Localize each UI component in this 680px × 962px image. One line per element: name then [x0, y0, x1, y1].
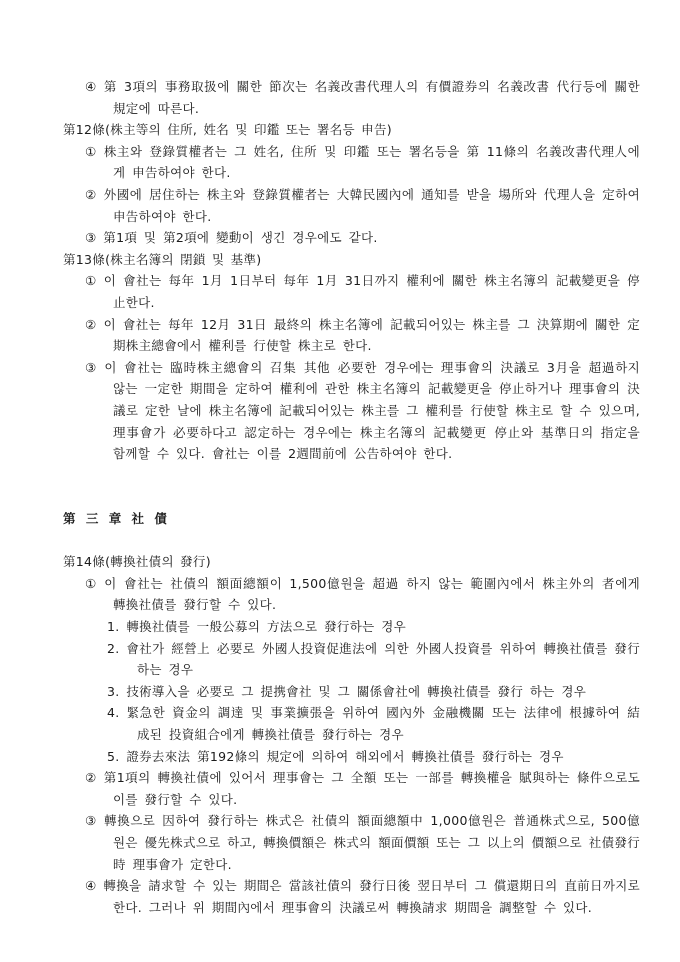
article-heading: 第12條(株主等의 住所, 姓名 및 印鑑 또는 署名등 申告)	[63, 119, 640, 141]
clause-text: 轉換社債를 一般公募의 方法으로 發行하는 경우	[126, 619, 406, 634]
sub-clause-item: 3. 技術導入을 必要로 그 提携會社 및 그 關係會社에 轉換社債를 發行 하…	[63, 681, 640, 703]
item-marker: ③	[85, 230, 97, 245]
clause-text: 第13條(株主名簿의 閉鎖 및 基準)	[63, 252, 261, 267]
document-body: ④ 第 3項의 事務取扱에 關한 節次는 名義改書代理人의 有價證券의 名義改書…	[63, 76, 640, 918]
chapter-heading: 第 三 章 社 債	[63, 508, 640, 530]
sub-clause-item: 2. 會社가 經營上 必要로 外國人投資促進法에 의한 外國人投資를 위하여 轉…	[63, 638, 640, 681]
clause-text: 이 會社는 臨時株主總會의 召集 其他 必要한 경우에는 理事會의 決議로 3月…	[104, 360, 640, 461]
article-heading: 第13條(株主名簿의 閉鎖 및 基準)	[63, 249, 640, 271]
item-marker: ②	[85, 317, 97, 332]
sub-clause-item: 5. 證券去來法 第192條의 規定에 의하여 해외에서 轉換社債를 發行하는 …	[63, 746, 640, 768]
clause-item: ③ 轉換으로 因하여 發行하는 株式은 社債의 額面總額中 1,000億원은 普…	[63, 810, 640, 875]
item-marker: 4.	[107, 705, 120, 720]
clause-text: 轉換을 請求할 수 있는 期間은 當該社債의 發行日後 翌日부터 그 償還期日의…	[103, 878, 640, 915]
clause-text: 技術導入을 必要로 그 提携會社 및 그 關係會社에 轉換社債를 發行 하는 경…	[126, 684, 586, 699]
item-marker: ④	[85, 878, 97, 893]
item-marker: ①	[85, 144, 97, 159]
item-marker: 5.	[107, 749, 120, 764]
clause-item: ② 外國에 居住하는 株主와 登錄質權者는 大韓民國內에 通知를 받을 場所와 …	[63, 184, 640, 227]
clause-text: 이 會社는 每年 12月 31日 最終의 株主名簿에 記載되어있는 株主를 그 …	[104, 317, 640, 354]
item-marker: ④	[85, 79, 97, 94]
clause-text: 證券去來法 第192條의 規定에 의하여 해외에서 轉換社債를 發行하는 경우	[126, 749, 563, 764]
clause-item: ① 이 會社는 社債의 額面總額이 1,500億원을 超過 하지 않는 範圍內에…	[63, 573, 640, 616]
clause-text: 第1項의 轉換社債에 있어서 理事會는 그 全額 또는 一部를 轉換權을 賦與하…	[104, 770, 640, 807]
item-marker: ③	[85, 813, 97, 828]
clause-text: 第 三 章 社 債	[63, 511, 168, 526]
clause-item: ① 株主와 登錄質權者는 그 姓名, 住所 및 印鑑 또는 署名등을 第 11條…	[63, 141, 640, 184]
clause-text: 外國에 居住하는 株主와 登錄質權者는 大韓民國內에 通知를 받을 場所와 代理…	[104, 187, 640, 224]
article-heading: 第14條(轉換社債의 發行)	[63, 551, 640, 573]
item-marker: 2.	[107, 641, 120, 656]
clause-text: 第14條(轉換社債의 發行)	[63, 554, 211, 569]
item-marker: ②	[85, 770, 97, 785]
clause-text: 第 3項의 事務取扱에 關한 節次는 名義改書代理人의 有價證券의 名義改書 代…	[104, 79, 640, 116]
item-marker: ②	[85, 187, 97, 202]
sub-clause-item: 4. 緊急한 資金의 調達 및 事業擴張을 위하여 國內外 金融機關 또는 法律…	[63, 702, 640, 745]
clause-text: 緊急한 資金의 調達 및 事業擴張을 위하여 國內外 金融機關 또는 法律에 根…	[127, 705, 640, 742]
clause-text: 第12條(株主等의 住所, 姓名 및 印鑑 또는 署名등 申告)	[63, 122, 392, 137]
item-marker: ①	[85, 576, 97, 591]
clause-text: 이 會社는 社債의 額面總額이 1,500億원을 超過 하지 않는 範圍內에서 …	[104, 576, 640, 613]
item-marker: ③	[85, 360, 97, 375]
item-marker: 1.	[107, 619, 120, 634]
clause-item: ③ 第1項 및 第2項에 變動이 생긴 경우에도 같다.	[63, 227, 640, 249]
clause-item: ① 이 會社는 每年 1月 1日부터 每年 1月 31日까지 權利에 關한 株主…	[63, 270, 640, 313]
clause-item: ③ 이 會社는 臨時株主總會의 召集 其他 必要한 경우에는 理事會의 決議로 …	[63, 357, 640, 465]
clause-text: 轉換으로 因하여 發行하는 株式은 社債의 額面總額中 1,000億원은 普通株…	[104, 813, 640, 871]
clause-item: ② 이 會社는 每年 12月 31日 最終의 株主名簿에 記載되어있는 株主를 …	[63, 314, 640, 357]
document-page: ④ 第 3項의 事務取扱에 關한 節次는 名義改書代理人의 有價證券의 名義改書…	[0, 0, 680, 962]
sub-clause-item: 1. 轉換社債를 一般公募의 方法으로 發行하는 경우	[63, 616, 640, 638]
clause-item: ④ 第 3項의 事務取扱에 關한 節次는 名義改書代理人의 有價證券의 名義改書…	[63, 76, 640, 119]
item-marker: ①	[85, 273, 97, 288]
clause-text: 이 會社는 每年 1月 1日부터 每年 1月 31日까지 權利에 關한 株主名簿…	[104, 273, 640, 310]
item-marker: 3.	[107, 684, 120, 699]
clause-text: 會社가 經營上 必要로 外國人投資促進法에 의한 外國人投資를 위하여 轉換社債…	[126, 641, 640, 678]
clause-item: ④ 轉換을 請求할 수 있는 期間은 當該社債의 發行日後 翌日부터 그 償還期…	[63, 875, 640, 918]
clause-text: 第1項 및 第2項에 變動이 생긴 경우에도 같다.	[103, 230, 377, 245]
clause-item: ② 第1項의 轉換社債에 있어서 理事會는 그 全額 또는 一部를 轉換權을 賦…	[63, 767, 640, 810]
clause-text: 株主와 登錄質權者는 그 姓名, 住所 및 印鑑 또는 署名등을 第 11條의 …	[104, 144, 640, 181]
